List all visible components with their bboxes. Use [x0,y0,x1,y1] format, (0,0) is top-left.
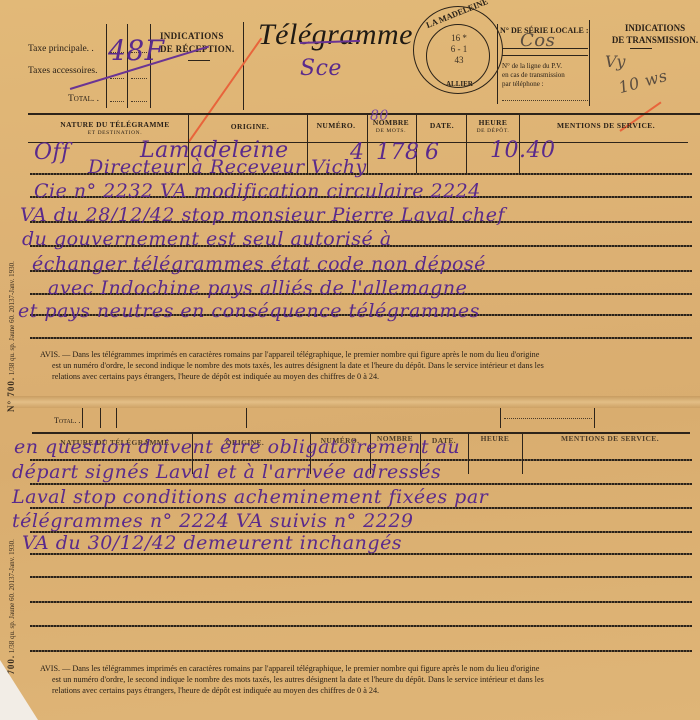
message-line: avec Indochine pays alliés de l'allemagn… [48,277,467,299]
message-line: et pays neutres en conséquence télégramm… [18,300,480,322]
message-date: 6 [425,140,440,165]
indications-transmission: INDICATIONS DE TRANSMISSION. [610,22,700,46]
message-line: en question doivent être obligatoirement… [14,436,460,458]
column-mentions: MENTIONS DE SERVICE. [520,121,692,130]
handwritten-title-note: Sce [300,56,342,81]
column-heure-2: HEURE [470,434,520,443]
postmark-department: ALLIER [446,80,473,88]
message-line: VA du 30/12/42 demeurent inchangés [22,532,402,554]
header-divider [243,22,244,110]
message-line: départ signés Laval et à l'arrivée adres… [12,461,441,483]
avis-notice: AVIS. — Dans les télégrammes imprimés en… [40,349,698,382]
total-label-2: Total. . [54,416,80,425]
message-line: du gouvernement est seul autorisé à [22,228,392,250]
indications-reception: INDICATIONS DE RÉCEPTION. [160,30,234,56]
paper-fold [10,396,700,408]
total-label: Total. . [68,94,99,104]
column-origine: ORIGINE. [190,122,310,131]
message-line: VA du 28/12/42 stop monsieur Pierre Lava… [20,204,505,226]
pv-line-label: N° de la ligne du P.V. en cas de transmi… [502,62,565,89]
postmark-date: 16 * 6 - 1 43 [444,33,474,66]
column-numero: NUMÉRO. [306,121,366,130]
tax-divider [106,24,107,108]
telegram-sheet: Taxe principale. . Taxes accessoires. To… [0,0,700,720]
message-line: Laval stop conditions acheminement fixée… [12,486,488,508]
handwritten-transmission-note-1: Vy [605,52,626,71]
tax-accessory-label: Taxes accessoires. [28,66,98,76]
telegram-header: Taxe principale. . Taxes accessoires. To… [0,0,700,112]
handwritten-word-note: 80 [370,108,389,124]
message-line: télégrammes n° 2224 VA suivis n° 2229 [12,510,414,532]
message-line: échanger télégrammes état code non dépos… [32,253,486,275]
column-date: DATE. [418,121,466,130]
column-mentions-2: MENTIONS DE SERVICE. [540,434,680,443]
tax-principal-label: Taxe principale. . [28,44,94,54]
message-line: Cie n° 2232 VA modification circulaire 2… [34,180,481,202]
column-nature: NATURE DU TÉLÉGRAMMEET DESTINATION. [45,120,185,138]
message-word-count: 178 [376,140,420,165]
form-print-info: N° 700. 1/38 qu. sp. Jaune 60. 20137-Jan… [6,261,16,412]
avis-notice-2: AVIS. — Dans les télégrammes imprimés en… [40,663,698,696]
message-nature: Off [34,140,70,165]
handwritten-serie-value: Cos [520,30,555,51]
message-time: 10.40 [490,138,555,163]
message-line: Directeur à Receveur Vichy [88,156,367,178]
document-title: Télégramme [258,18,413,52]
column-heure: HEUREDE DÉPÔT. [468,118,518,136]
